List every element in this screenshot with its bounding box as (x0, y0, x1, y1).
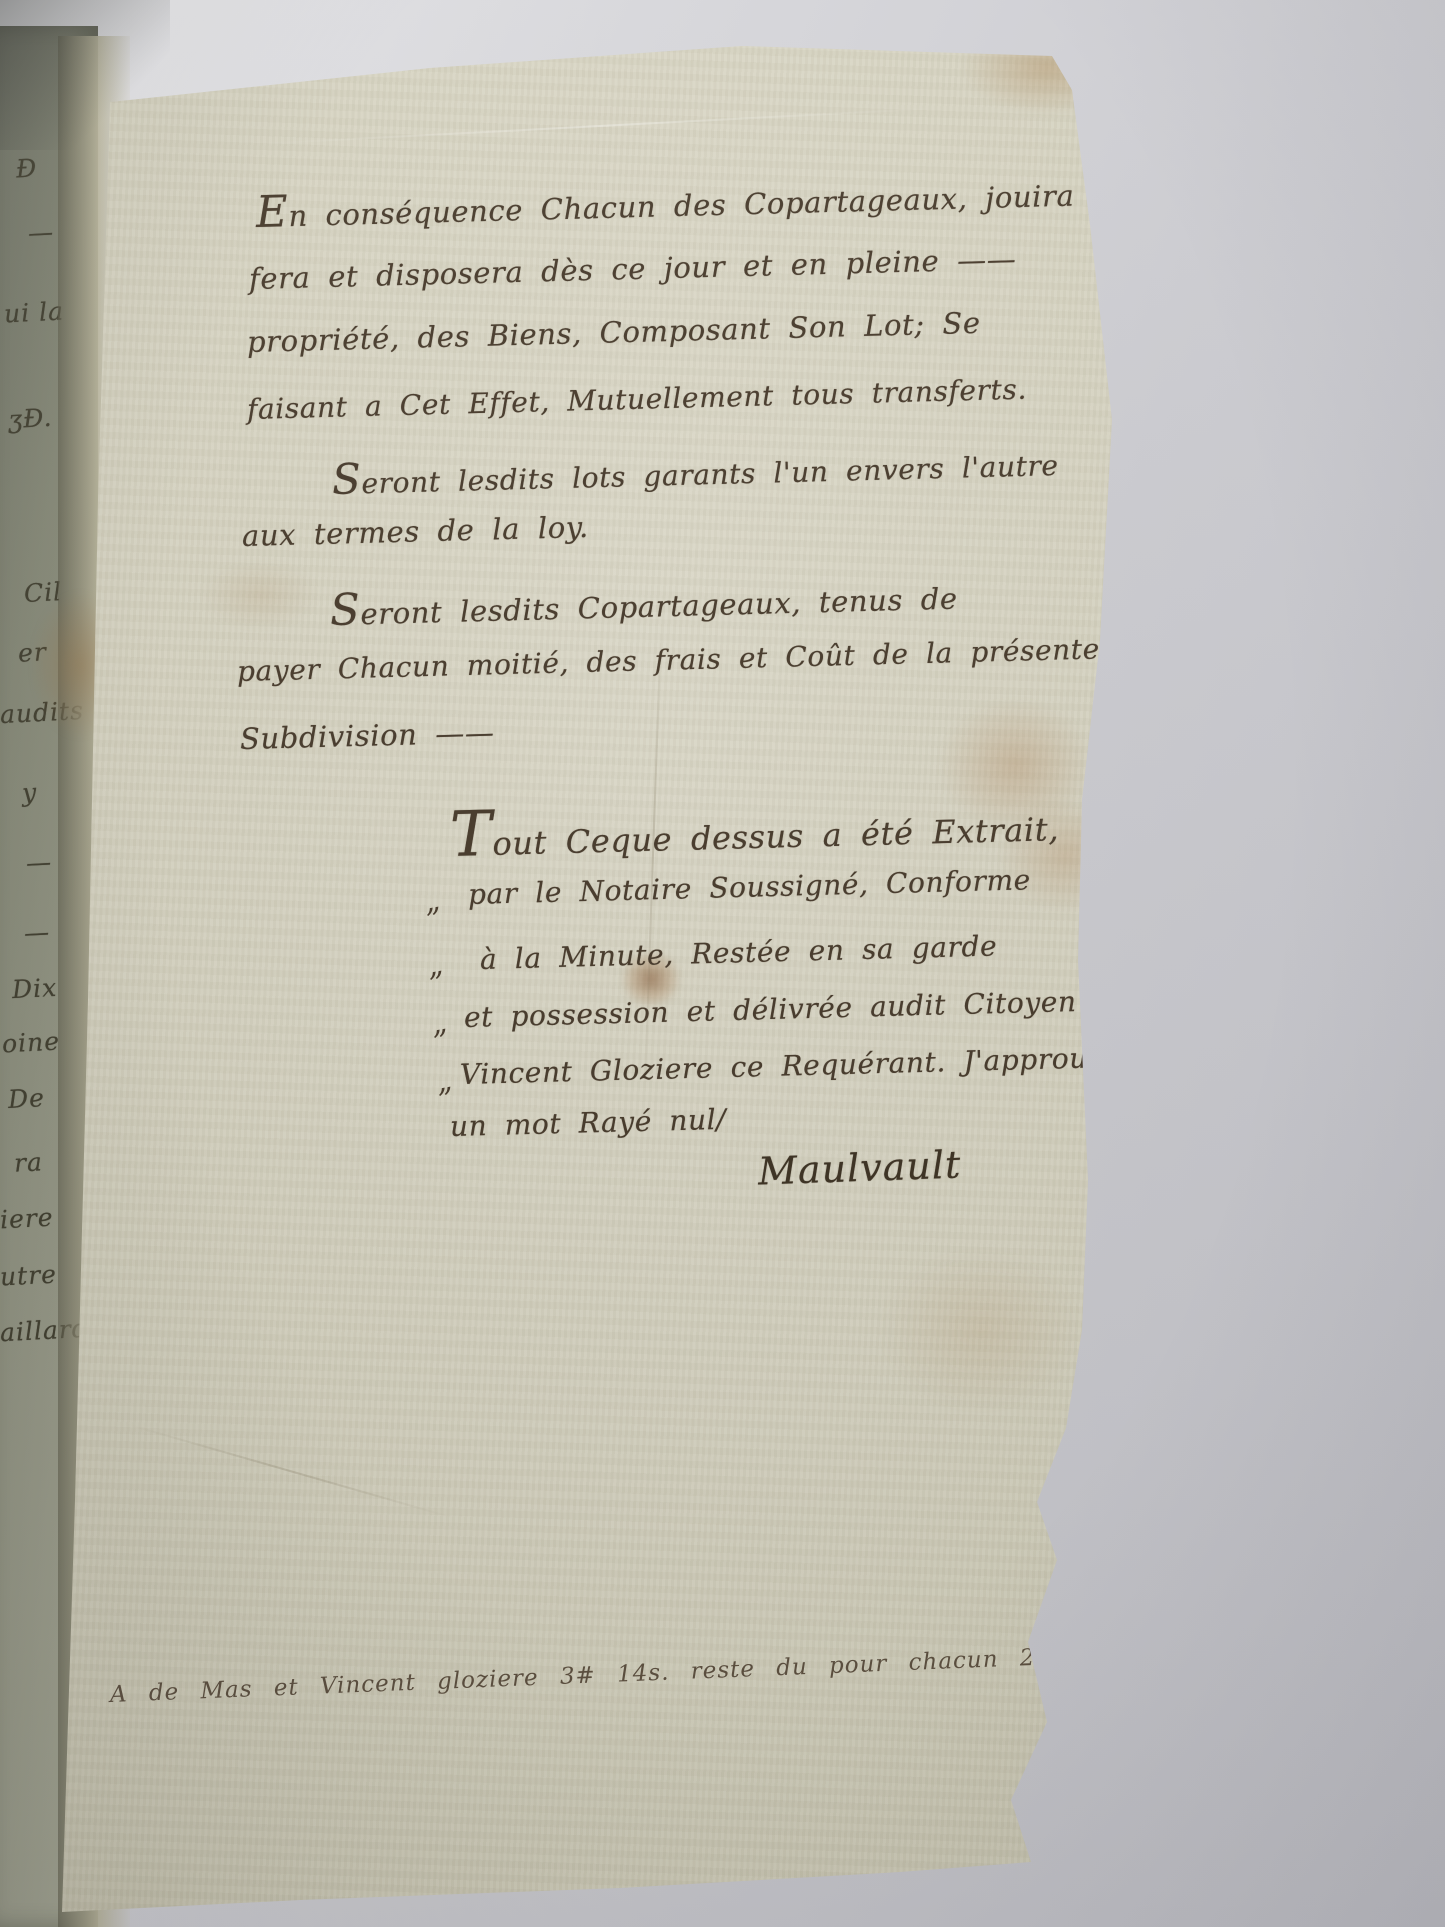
page-fragment: oine (1, 1027, 60, 1059)
page-fragment: utre (0, 1260, 58, 1292)
stain (878, 1248, 1083, 1413)
manuscript-line: un mot Rayé nul/ (450, 1103, 727, 1143)
footer-note: A de Mas et Vincent gloziere 3# 14s. res… (109, 1640, 1151, 1708)
crease (126, 1423, 453, 1519)
stain (960, 20, 1135, 115)
manuscript-line: Tout Ceque dessus a été Extrait, (449, 782, 1060, 871)
ditto-mark: „ (428, 1005, 449, 1042)
manuscript-line: payer Chacun moitié, des frais et Coût d… (237, 632, 1101, 688)
ditto-mark: „ (433, 1063, 454, 1100)
page-fragment: — (25, 847, 52, 877)
page-fragment: Ð (15, 153, 38, 183)
manuscript-line: faisant a Cet Effet, Mutuellement tous t… (247, 373, 1028, 426)
manuscript-line: Subdivision —— (240, 715, 495, 756)
manuscript-photo: Ð — ui la ʒÐ. Cil er audits y — — Dix oi… (0, 0, 1445, 1927)
page-fragment: Dix (11, 973, 58, 1004)
manuscript-line: En conséquence Chacun des Copartageaux, … (255, 167, 1075, 238)
manuscript-line: Vincent Gloziere ce Requérant. J'approuv… (460, 1041, 1122, 1091)
manuscript-line: propriété, des Biens, Composant Son Lot;… (247, 306, 982, 359)
ditto-mark: „ (421, 883, 442, 920)
manuscript-line: fera et disposera dès ce jour et en plei… (249, 242, 1017, 296)
manuscript-line: Seront lesdits lots garants l'un envers … (331, 436, 1059, 504)
manuscript-line: Seront lesdits Copartageaux, tenus de (329, 570, 958, 636)
ditto-mark: „ (424, 947, 445, 984)
manuscript-line: par le Notaire Soussigné, Conforme (468, 863, 1032, 911)
page-fragment: iere (0, 1203, 54, 1235)
manuscript-line: aux termes de la loy. (242, 510, 590, 553)
page-fragment: Cil (23, 577, 63, 608)
manuscript-line: et possession et délivrée audit Citoyen (464, 985, 1077, 1034)
page-fragment: ra (13, 1147, 43, 1177)
stain (200, 560, 320, 630)
signature-paraph-icon (1084, 1150, 1188, 1242)
page-fragment: y (21, 778, 38, 808)
page-fragment: ui la (3, 296, 64, 328)
page-fragment: — (23, 917, 50, 947)
page-fragment: er (17, 637, 47, 667)
page-fragment: — (27, 217, 54, 247)
manuscript-page: En conséquence Chacun des Copartageaux, … (0, 0, 1445, 1927)
crease (260, 107, 939, 145)
page-fragment: De (7, 1083, 45, 1114)
signature-name: Maulvault (757, 1142, 962, 1193)
manuscript-line: à la Minute, Restée en sa garde (480, 929, 998, 976)
page-fragment: ʒÐ. (7, 403, 53, 434)
